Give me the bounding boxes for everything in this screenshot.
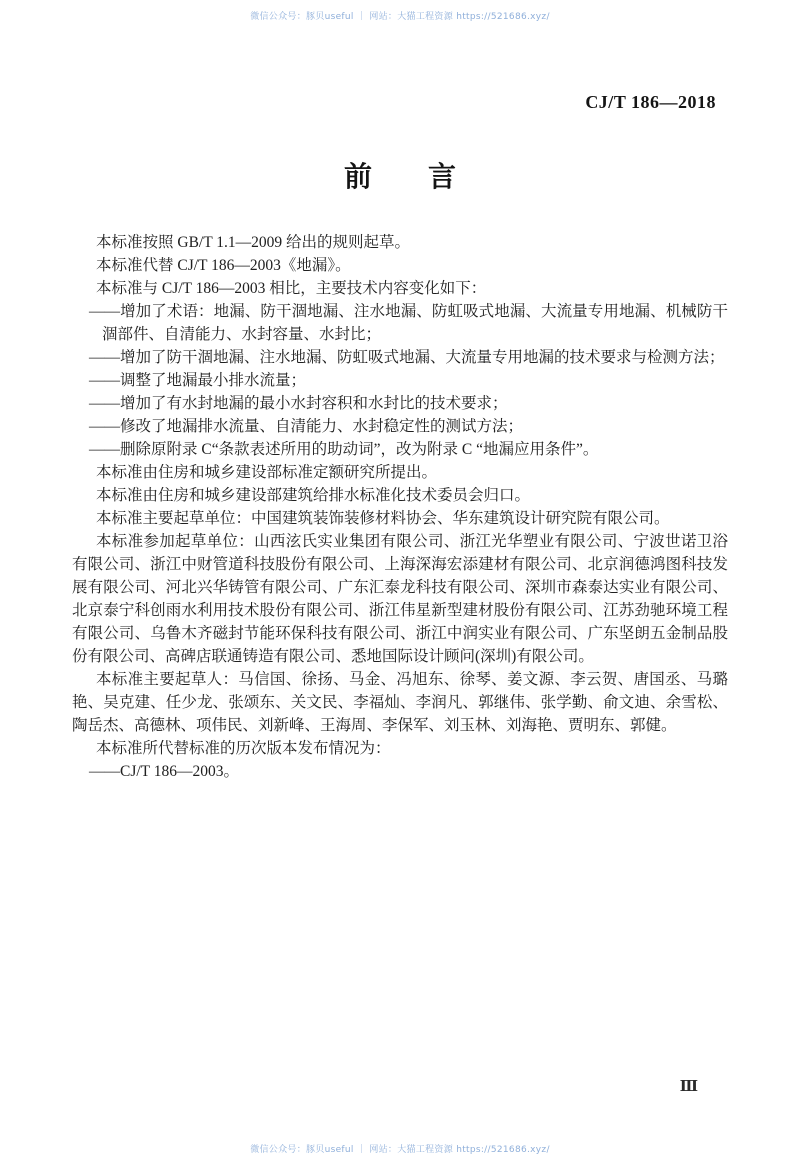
paragraph: 本标准与 CJ/T 186—2003 相比，主要技术内容变化如下：: [72, 277, 728, 300]
change-list-item: ——增加了防干涸地漏、注水地漏、防虹吸式地漏、大流量专用地漏的技术要求与检测方法…: [72, 346, 728, 369]
paragraph: 本标准由住房和城乡建设部建筑给排水标准化技术委员会归口。: [72, 484, 728, 507]
change-list-item: ——增加了术语：地漏、防干涸地漏、注水地漏、防虹吸式地漏、大流量专用地漏、机械防…: [72, 300, 728, 346]
paragraph: 本标准按照 GB/T 1.1—2009 给出的规则起草。: [72, 231, 728, 254]
page-title: 前 言: [0, 155, 800, 195]
change-list-item: ——删除原附录 C“条款表述所用的助动词”，改为附录 C “地漏应用条件”。: [72, 438, 728, 461]
change-list-item: ——增加了有水封地漏的最小水封容积和水封比的技术要求；: [72, 392, 728, 415]
change-list-item: ——CJ/T 186—2003。: [72, 760, 728, 783]
paragraph: 本标准由住房和城乡建设部标准定额研究所提出。: [72, 461, 728, 484]
paragraph: 本标准代替 CJ/T 186—2003《地漏》。: [72, 254, 728, 277]
change-list-item: ——修改了地漏排水流量、自清能力、水封稳定性的测试方法；: [72, 415, 728, 438]
paragraph: 本标准主要起草单位：中国建筑装饰装修材料协会、华东建筑设计研究院有限公司。: [72, 507, 728, 530]
watermark-top: 微信公众号：豚贝useful ｜ 网站：大猫工程资源 https://52168…: [0, 9, 800, 22]
document-page: 微信公众号：豚贝useful ｜ 网站：大猫工程资源 https://52168…: [0, 0, 800, 1170]
watermark-bottom: 微信公众号：豚贝useful ｜ 网站：大猫工程资源 https://52168…: [0, 1142, 800, 1155]
paragraph: 本标准主要起草人：马信国、徐扬、马金、冯旭东、徐琴、姜文源、李云贺、唐国丞、马璐…: [72, 668, 728, 737]
page-number: Ⅲ: [680, 1077, 698, 1096]
standard-code: CJ/T 186—2018: [585, 92, 716, 113]
paragraph: 本标准所代替标准的历次版本发布情况为：: [72, 737, 728, 760]
document-body: 本标准按照 GB/T 1.1—2009 给出的规则起草。本标准代替 CJ/T 1…: [72, 231, 728, 783]
paragraph: 本标准参加起草单位：山西泫氏实业集团有限公司、浙江光华塑业有限公司、宁波世诺卫浴…: [72, 530, 728, 668]
change-list-item: ——调整了地漏最小排水流量；: [72, 369, 728, 392]
